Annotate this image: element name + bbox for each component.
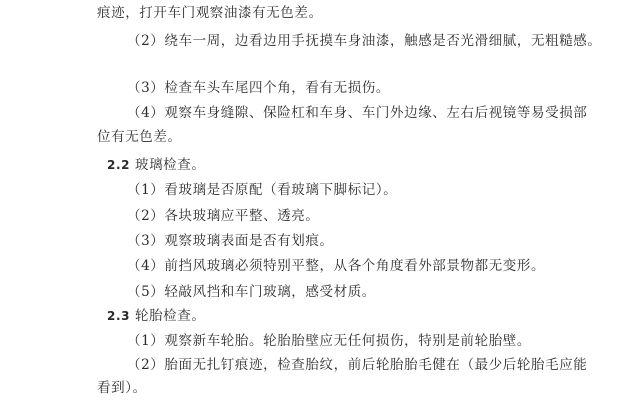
list-item: （4）前挡风玻璃必须特别平整，从各个角度看外部景物都无变形。 (127, 257, 545, 275)
section-heading: 2.2 玻璃检查。 (107, 156, 205, 174)
list-item: （2）胎面无扎钉痕迹，检查胎纹，前后轮胎胎毛健在（最少后轮胎毛应能 (127, 356, 587, 374)
paragraph-continuation: 看到）。 (97, 379, 147, 397)
list-item: （1）看玻璃是否原配（看玻璃下脚标记）。 (127, 181, 397, 199)
list-item: （3）检查车头车尾四个角，看有无损伤。 (127, 79, 390, 97)
list-item: （2）各块玻璃应平整、透亮。 (127, 207, 320, 225)
list-item: （5）轻敲风挡和车门玻璃，感受材质。 (127, 283, 376, 301)
section-number: 2.3 (107, 309, 130, 323)
section-number: 2.2 (107, 158, 130, 172)
list-item: （3）观察玻璃表面是否有划痕。 (127, 232, 334, 250)
list-item: （4）观察车身缝隙、保险杠和车身、车门外边缘、左右后视镜等易受损部 (127, 104, 587, 122)
section-title: 玻璃检查。 (135, 157, 206, 173)
paragraph-continuation: 痕迹，打开车门观察油漆有无色差。 (97, 4, 323, 22)
paragraph-continuation: 位有无色差。 (97, 128, 182, 146)
document-page: 痕迹，打开车门观察油漆有无色差。 （2）绕车一周，边看边用手抚摸车身油漆，触感是… (0, 0, 640, 400)
list-item: （1）观察新车轮胎。轮胎胎壁应无任何损伤，特别是前轮胎壁。 (127, 332, 531, 350)
list-item: （2）绕车一周，边看边用手抚摸车身油漆，触感是否光滑细腻，无粗糙感。 (127, 32, 602, 50)
section-title: 轮胎检查。 (135, 308, 206, 324)
section-heading: 2.3 轮胎检查。 (107, 307, 205, 325)
